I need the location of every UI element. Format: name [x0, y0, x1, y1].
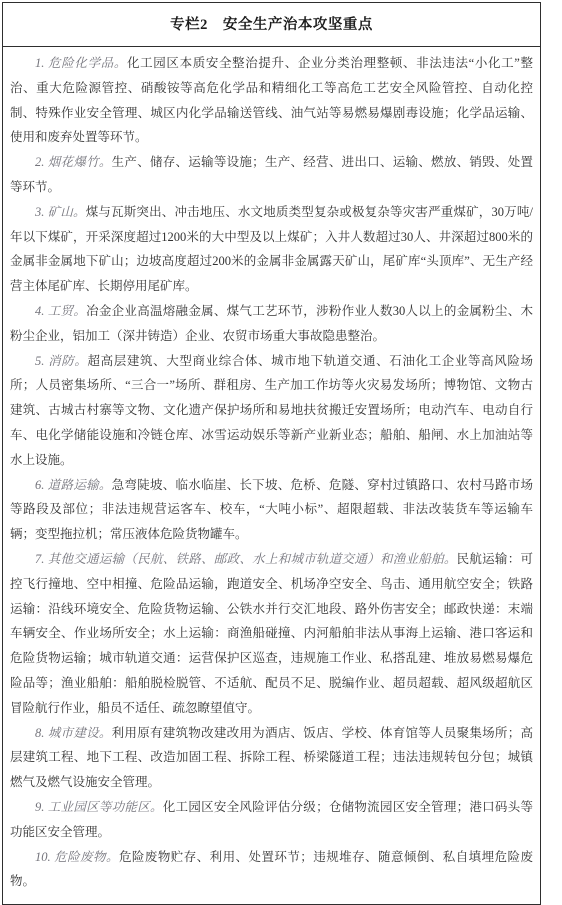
list-item: 10. 危险废物。危险废物贮存、利用、处置环节；违规堆存、随意倾倒、私自填埋危险… — [10, 845, 533, 874]
list-item: 3. 矿山。煤与瓦斯突出、冲击地压、水文地质类型复杂或极复杂等灾害严重煤矿，30… — [10, 200, 533, 299]
panel-body: 1. 危险化学品。化工园区本质安全整治提升、企业分类治理整顿、非法违法“小化工”… — [3, 47, 540, 873]
list-item: 1. 危险化学品。化工园区本质安全整治提升、企业分类治理整顿、非法违法“小化工”… — [10, 51, 533, 150]
item-text: 煤与瓦斯突出、冲击地压、水文地质类型复杂或极复杂等灾害严重煤矿，30万吨/年以下… — [10, 205, 533, 293]
item-prefix: 3. 矿山。 — [35, 205, 86, 219]
item-prefix: 5. 消防。 — [35, 354, 87, 368]
panel-title: 专栏2 安全生产治本攻坚重点 — [3, 3, 540, 47]
item-text: 冶金企业高温熔融金属、煤气工艺环节，涉粉作业人数30人以上的金属粉尘、木粉尘企业… — [10, 304, 533, 343]
item-prefix: 10. 危险废物。 — [35, 850, 119, 864]
list-item: 5. 消防。超高层建筑、大型商业综合体、城市地下轨道交通、石油化工企业等高风险场… — [10, 349, 533, 473]
column-panel: 专栏2 安全生产治本攻坚重点 1. 危险化学品。化工园区本质安全整治提升、企业分… — [2, 2, 541, 873]
list-item: 9. 工业园区等功能区。化工园区安全风险评估分级；仓储物流园区安全管理；港口码头… — [10, 795, 533, 845]
item-prefix: 1. 危险化学品。 — [35, 56, 127, 70]
list-item: 6. 道路运输。急弯陡坡、临水临崖、长下坡、危桥、危隧、穿村过镇路口、农村马路市… — [10, 473, 533, 547]
item-text: 超高层建筑、大型商业综合体、城市地下轨道交通、石油化工企业等高风险场所；人员密集… — [10, 354, 533, 467]
item-prefix: 9. 工业园区等功能区。 — [35, 800, 163, 814]
list-item: 7. 其他交通运输（民航、铁路、邮政、水上和城市轨道交通）和渔业船舶。民航运输：… — [10, 547, 533, 721]
item-prefix: 7. 其他交通运输（民航、铁路、邮政、水上和城市轨道交通）和渔业船舶。 — [35, 552, 457, 566]
item-text: 民航运输：可控飞行撞地、空中相撞、危险品运输，跑道安全、机场净空安全、鸟击、通用… — [10, 552, 533, 715]
item-prefix: 8. 城市建设。 — [35, 726, 112, 740]
list-item: 4. 工贸。冶金企业高温熔融金属、煤气工艺环节，涉粉作业人数30人以上的金属粉尘… — [10, 299, 533, 349]
list-item: 2. 烟花爆竹。生产、储存、运输等设施；生产、经营、进出口、运输、燃放、销毁、处… — [10, 150, 533, 200]
item-prefix: 4. 工贸。 — [35, 304, 86, 318]
item-prefix: 6. 道路运输。 — [35, 478, 112, 492]
item-prefix: 2. 烟花爆竹。 — [35, 155, 112, 169]
list-item: 8. 城市建设。利用原有建筑物改建改用为酒店、饭店、学校、体育馆等人员聚集场所；… — [10, 721, 533, 795]
